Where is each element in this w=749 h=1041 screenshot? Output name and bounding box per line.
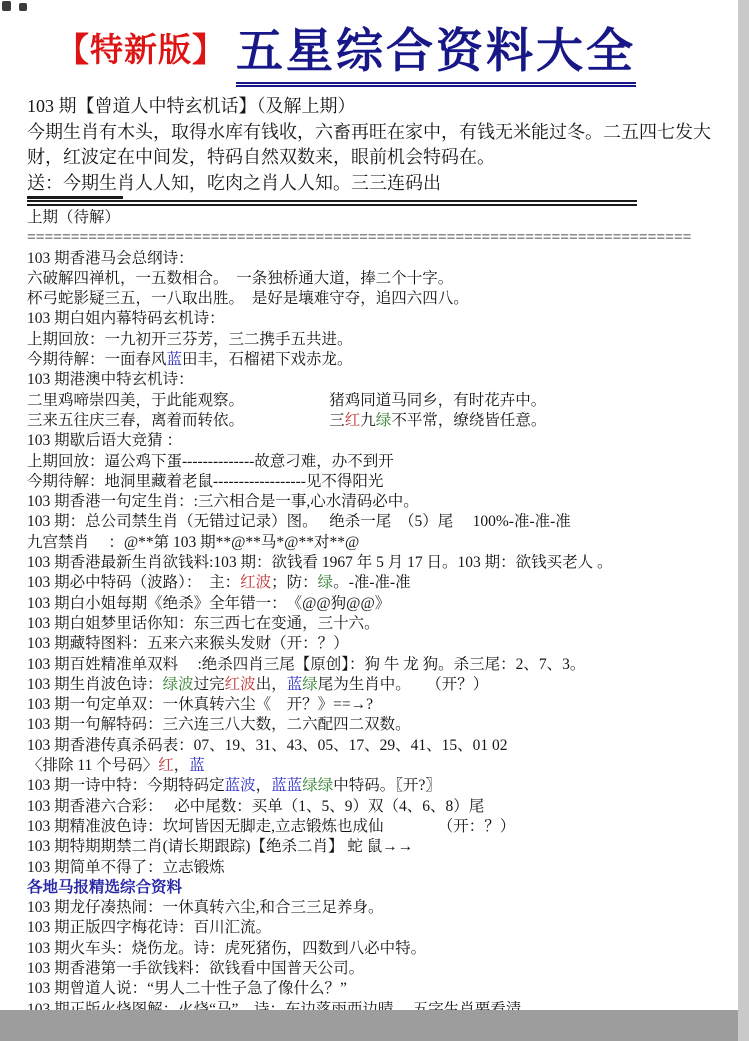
text-span: 103 期白姐梦里话你知：东三西七在变通，三十六。 bbox=[27, 615, 380, 632]
text-span: 103 期：总公司禁生肖（无错过记录）图。 绝杀一尾 （5）尾 100%-准-准… bbox=[27, 513, 571, 530]
text-span: 过完 bbox=[194, 676, 225, 693]
text-line: 杯弓蛇影疑三五，一八取出胜。 是好是壤难守夺，追四六四八。 bbox=[27, 289, 738, 309]
colored-text-red: 红波 bbox=[240, 574, 271, 591]
text-span: 中特码。〖开?〗 bbox=[333, 777, 441, 794]
text-line: 103 期一句定单双：一休真转六尘《 开？》==→? bbox=[27, 695, 738, 715]
text-line: 二里鸡啼崇四美，于此能观察。 猪鸡同道马同乡，有时花卉中。 bbox=[27, 391, 738, 411]
text-span: 103 期【曾道人中特玄机话】（及解上期） bbox=[27, 96, 356, 116]
text-span: 103 期一句解特码：三六连三八大数，二六配四二双数。 bbox=[27, 716, 411, 733]
rule-segment bbox=[27, 196, 123, 199]
rule-segment bbox=[27, 200, 637, 202]
text-span: 103 期香港最新生肖欲钱料:103 期：欲钱看 1967 年 5 月 17 日… bbox=[27, 554, 613, 571]
text-span: 103 期港澳中特玄机诗： bbox=[27, 371, 194, 388]
text-span: 103 期歇后语大竞猜 ： bbox=[27, 432, 182, 449]
text-span: 103 期正版四字梅花诗：百川汇流。 bbox=[27, 919, 271, 936]
text-span: 送：今期生肖人人知，吃肉之肖人人知。三三连码出 bbox=[27, 173, 441, 193]
text-line: 103 期正版四字梅花诗：百川汇流。 bbox=[27, 918, 738, 938]
text-span: 103 期正版火烧图解：火烧“马”。诗：东边落雨西边晴， 五字生肖要看清。 bbox=[27, 1001, 537, 1010]
text-span: 田丰，石榴裙下戏赤龙。 bbox=[182, 351, 353, 368]
text-line: 三来五往庆三春，离着而转依。 三红九绿不平常，缭绕皆任意。 bbox=[27, 411, 738, 431]
colored-text-green: 绿绿 bbox=[302, 777, 333, 794]
text-line: 103 期白姐梦里话你知：东三西七在变通，三十六。 bbox=[27, 614, 738, 634]
text-line: 103 期香港一句定生肖：:三六相合是一事,心水清码必中。 bbox=[27, 492, 738, 512]
text-line: 今期待解：一面春风蓝田丰，石榴裙下戏赤龙。 bbox=[27, 350, 738, 370]
content-lines: 103 期【曾道人中特玄机话】（及解上期）今期生肖有木头，取得水库有钱收，六畜再… bbox=[27, 94, 738, 1010]
text-line: 〈排除 11 个号码〉红，蓝 bbox=[27, 756, 738, 776]
text-span: 103 期香港传真杀码表：07、19、31、43、05、17、29、41、15、… bbox=[27, 737, 508, 754]
text-line: 上期回放：一九初开三芬芳，三二携手五共进。 bbox=[27, 330, 738, 350]
text-line: 103 期白姐内幕特码玄机诗： bbox=[27, 309, 738, 329]
rule-segment bbox=[27, 204, 637, 206]
text-line: 103 期香港马会总纲诗： bbox=[27, 249, 738, 269]
document-page: 【特新版】 五星综合资料大全 103 期【曾道人中特玄机话】（及解上期）今期生肖… bbox=[0, 0, 738, 1010]
text-line: 103 期【曾道人中特玄机话】（及解上期） bbox=[27, 94, 738, 120]
separator-double-rule bbox=[27, 196, 637, 208]
text-span: 103 期精准波色诗：坎坷皆因无脚走,立志锻炼也成仙 （开：？） bbox=[27, 818, 515, 835]
text-span: 103 期白小姐每期《绝杀》全年错一： 《@@狗@@》 bbox=[27, 595, 390, 612]
scan-artifact bbox=[2, 1, 11, 11]
text-span: 103 期一句定单双：一休真转六尘《 开？》==→? bbox=[27, 696, 373, 713]
text-span: 103 期必中特码（波路）： 主： bbox=[27, 574, 240, 591]
text-line: 103 期：总公司禁生肖（无错过记录）图。 绝杀一尾 （5）尾 100%-准-准… bbox=[27, 512, 738, 532]
text-span: 九 bbox=[360, 412, 376, 429]
text-span: 103 期一诗中特：今期特码定 bbox=[27, 777, 225, 794]
text-span: 上期（待解） bbox=[27, 209, 120, 226]
text-line: 今期生肖有木头，取得水库有钱收，六畜再旺在家中，有钱无米能过冬。二五四七发大 bbox=[27, 120, 738, 146]
colored-text-red: 红 bbox=[345, 412, 361, 429]
text-line: 103 期藏特图料：五来六来猴头发财（开：？） bbox=[27, 634, 738, 654]
text-line: 103 期特期期禁二肖(请长期跟踪)【绝杀二肖】 蛇 鼠→→ bbox=[27, 837, 738, 857]
text-line: 103 期百姓精准单双料 :绝杀四肖三尾【原创】：狗 牛 龙 狗。杀三尾：2、7… bbox=[27, 655, 738, 675]
text-span: 103 期百姓精准单双料 :绝杀四肖三尾【原创】：狗 牛 龙 狗。杀三尾：2、7… bbox=[27, 656, 585, 673]
text-span: 尾为生肖中。 （开？） bbox=[318, 676, 489, 693]
text-span: 杯弓蛇影疑三五，一八取出胜。 是好是壤难守夺，追四六四八。 bbox=[27, 290, 469, 307]
text-span: 九宫禁肖 ：@**第 103 期**@**马*@**对**@ bbox=[27, 534, 359, 551]
text-span: 103 期简单不得了：立志锻炼 bbox=[27, 859, 225, 876]
text-span: ；防： bbox=[271, 574, 318, 591]
colored-text-blue: 蓝 bbox=[167, 351, 183, 368]
text-span: 103 期香港第一手欲钱料：欲钱看中国普天公司。 bbox=[27, 960, 364, 977]
text-span: 103 期龙仔凑热闹：一休真转六尘,和合三三足养身。 bbox=[27, 899, 384, 916]
text-line: 103 期简单不得了：立志锻炼 bbox=[27, 858, 738, 878]
colored-text-green: 绿波 bbox=[163, 676, 194, 693]
edition-badge: 【特新版】 bbox=[56, 33, 226, 69]
text-line: 财，红波定在中间发，特码自然双数来，眼前机会特码在。 bbox=[27, 145, 738, 171]
page-title: 五星综合资料大全 bbox=[236, 14, 636, 87]
text-line: 六破解四禅机，一五数相合。 一条独桥通大道，捧二个十字。 bbox=[27, 269, 738, 289]
text-line: 103 期曾道人说：“男人二十性子急了像什么？” bbox=[27, 979, 738, 999]
text-span: ， bbox=[256, 777, 272, 794]
text-line: 103 期港澳中特玄机诗： bbox=[27, 370, 738, 390]
text-line: 103 期精准波色诗：坎坷皆因无脚走,立志锻炼也成仙 （开：？） bbox=[27, 817, 738, 837]
text-span: 今期生肖有木头，取得水库有钱收，六畜再旺在家中，有钱无米能过冬。二五四七发大 bbox=[27, 122, 711, 142]
text-span: 六破解四禅机，一五数相合。 一条独桥通大道，捧二个十字。 bbox=[27, 270, 453, 287]
text-line: 今期待解：地洞里藏着老鼠------------------见不得阳光 bbox=[27, 472, 738, 492]
text-line: 103 期正版火烧图解：火烧“马”。诗：东边落雨西边晴， 五字生肖要看清。 bbox=[27, 1000, 738, 1010]
text-span: 103 期火车头：烧伤龙。诗：虎死猪伤，四数到八必中特。 bbox=[27, 940, 426, 957]
text-span: 103 期藏特图料：五来六来猴头发财（开：？） bbox=[27, 635, 349, 652]
text-span: 〈排除 11 个号码〉 bbox=[27, 757, 158, 774]
text-line: 上期回放：逼公鸡下蛋--------------故意刁难，办不到开 bbox=[27, 452, 738, 472]
text-span: 上期回放：一九初开三芬芳，三二携手五共进。 bbox=[27, 331, 353, 348]
text-line: 103 期歇后语大竞猜 ： bbox=[27, 431, 738, 451]
text-line: 103 期白小姐每期《绝杀》全年错一： 《@@狗@@》 bbox=[27, 594, 738, 614]
text-span: 三来五往庆三春，离着而转依。 三 bbox=[27, 412, 345, 429]
text-span: 103 期特期期禁二肖(请长期跟踪)【绝杀二肖】 蛇 鼠→→ bbox=[27, 838, 413, 855]
colored-text-blue: 蓝蓝 bbox=[271, 777, 302, 794]
text-span: 今期待解：一面春风 bbox=[27, 351, 167, 368]
text-line: 103 期一诗中特：今期特码定蓝波，蓝蓝绿绿中特码。〖开?〗 bbox=[27, 776, 738, 796]
text-span: ， bbox=[174, 757, 190, 774]
text-line: 送：今期生肖人人知，吃肉之肖人人知。三三连码出 bbox=[27, 171, 738, 197]
scan-artifact bbox=[19, 3, 27, 11]
text-line: 103 期香港六合彩： 必中尾数：买单（1、5、9）双（4、6、8）尾 bbox=[27, 797, 738, 817]
colored-text-green: 绿 bbox=[318, 574, 334, 591]
text-line: 103 期龙仔凑热闹：一休真转六尘,和合三三足养身。 bbox=[27, 898, 738, 918]
text-span: 103 期香港一句定生肖：:三六相合是一事,心水清码必中。 bbox=[27, 493, 419, 510]
text-span: 二里鸡啼崇四美，于此能观察。 猪鸡同道马同乡，有时花卉中。 bbox=[27, 392, 546, 409]
text-span: 103 期曾道人说：“男人二十性子急了像什么？” bbox=[27, 980, 347, 997]
text-line: 103 期必中特码（波路）： 主：红波；防：绿。-准-准-准 bbox=[27, 573, 738, 593]
text-span: 103 期香港六合彩： 必中尾数：买单（1、5、9）双（4、6、8）尾 bbox=[27, 798, 484, 815]
text-span: 财，红波定在中间发，特码自然双数来，眼前机会特码在。 bbox=[27, 147, 495, 167]
screenshot-root: { "page": { "edition_badge": "【特新版】", "t… bbox=[0, 0, 749, 1041]
text-line: ========================================… bbox=[27, 228, 738, 248]
colored-text-green: 绿 bbox=[302, 676, 318, 693]
text-span: 103 期生肖波色诗： bbox=[27, 676, 163, 693]
text-line: 上期（待解） bbox=[27, 208, 738, 228]
colored-text-green: 绿 bbox=[376, 412, 392, 429]
text-span: 各地马报精选综合资料 bbox=[27, 879, 182, 896]
colored-text-blue: 蓝 bbox=[287, 676, 303, 693]
text-span: 今期待解：地洞里藏着老鼠------------------见不得阳光 bbox=[27, 473, 383, 490]
text-line: 九宫禁肖 ：@**第 103 期**@**马*@**对**@ bbox=[27, 533, 738, 553]
text-span: 上期回放：逼公鸡下蛋--------------故意刁难，办不到开 bbox=[27, 453, 394, 470]
text-line: 103 期火车头：烧伤龙。诗：虎死猪伤，四数到八必中特。 bbox=[27, 939, 738, 959]
text-span: ========================================… bbox=[27, 229, 691, 246]
text-line: 103 期香港第一手欲钱料：欲钱看中国普天公司。 bbox=[27, 959, 738, 979]
colored-text-blue: 蓝 bbox=[189, 757, 205, 774]
colored-text-blue: 蓝波 bbox=[225, 777, 256, 794]
page-edge-right bbox=[738, 0, 749, 1041]
text-span: 103 期香港马会总纲诗： bbox=[27, 250, 194, 267]
text-line: 103 期一句解特码：三六连三八大数，二六配四二双数。 bbox=[27, 715, 738, 735]
text-span: 。-准-准-准 bbox=[333, 574, 411, 591]
section-heading: 各地马报精选综合资料 bbox=[27, 878, 738, 898]
text-line: 103 期生肖波色诗：绿波过完红波出，蓝绿尾为生肖中。 （开？） bbox=[27, 675, 738, 695]
page-header: 【特新版】 五星综合资料大全 bbox=[56, 14, 738, 87]
colored-text-red: 红 bbox=[158, 757, 174, 774]
colored-text-red: 红波 bbox=[225, 676, 256, 693]
text-span: 103 期白姐内幕特码玄机诗： bbox=[27, 310, 225, 327]
text-line: 103 期香港传真杀码表：07、19、31、43、05、17、29、41、15、… bbox=[27, 736, 738, 756]
text-span: 不平常，缭绕皆任意。 bbox=[391, 412, 546, 429]
text-line: 103 期香港最新生肖欲钱料:103 期：欲钱看 1967 年 5 月 17 日… bbox=[27, 553, 738, 573]
text-span: 出， bbox=[256, 676, 287, 693]
